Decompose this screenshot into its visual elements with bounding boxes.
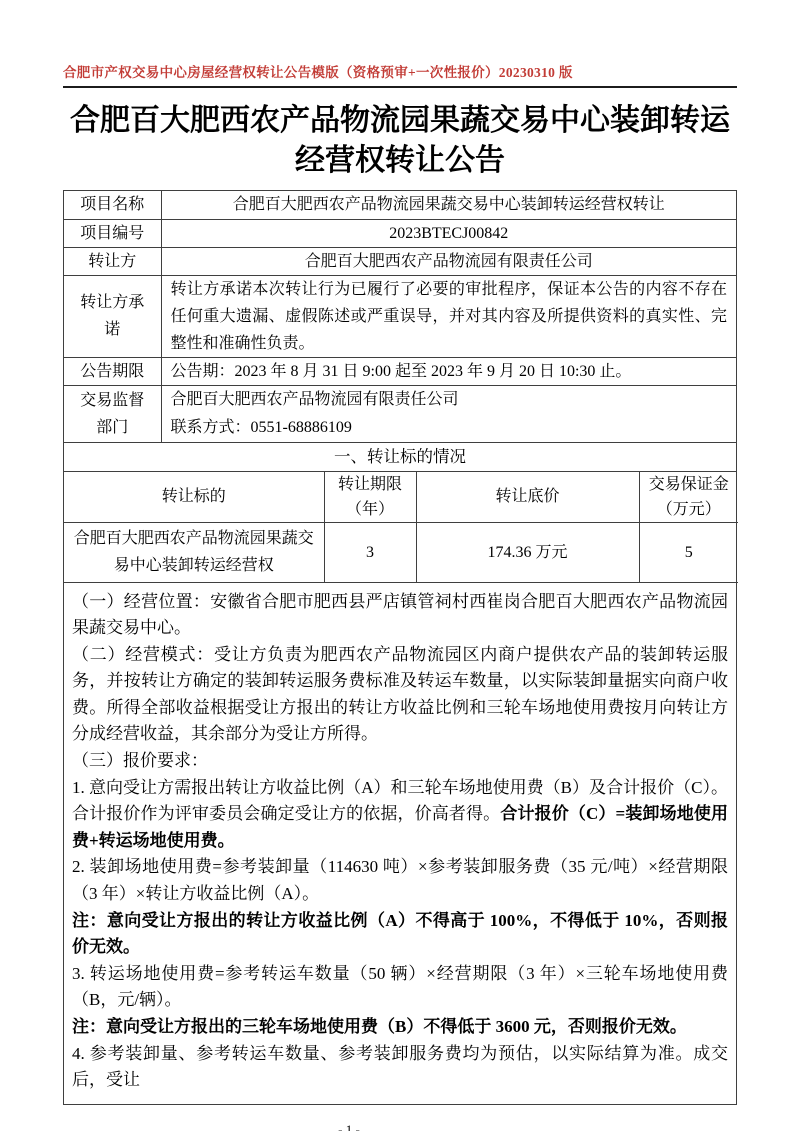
clause-loading-fee-formula: 2. 装卸场地使用费=参考装卸量（114630 吨）×参考装卸服务费（35 元/… <box>72 854 728 907</box>
note-tricycle-fee-limit: 注：意向受让方报出的三轮车场地使用费（B）不得低于 3600 元，否则报价无效。 <box>72 1014 728 1041</box>
row-label: 公告期限 <box>64 357 161 385</box>
base-price-cell: 174.36 万元 <box>416 522 639 582</box>
supervision-company: 合肥百大肥西农产品物流园有限责任公司 <box>171 386 728 414</box>
table-row-project-name: 项目名称 合肥百大肥西农产品物流园果蔬交易中心装卸转运经营权转让 <box>64 191 736 219</box>
table-row-project-number: 项目编号 2023BTECJ00842 <box>64 219 736 247</box>
clause-transfer-fee-formula: 3. 转运场地使用费=参考转运车数量（50 辆）×经营期限（3 年）×三轮车场地… <box>72 961 728 1014</box>
table-row-supervision-department: 交易监督部门 合肥百大肥西农产品物流园有限责任公司 联系方式：0551-6888… <box>64 385 736 442</box>
clause-estimate-disclaimer: 4. 参考装卸量、参考转运车数量、参考装卸服务费均为预估，以实际结算为准。成交后… <box>72 1041 728 1094</box>
table-row-transferor-promise: 转让方承诺 转让方承诺本次转让行为已履行了必要的审批程序，保证本公告的内容不存在… <box>64 275 736 357</box>
row-label: 交易监督部门 <box>64 385 161 442</box>
subject-table-header-row: 转让标的 转让期限（年） 转让底价 交易保证金（万元） <box>64 472 738 523</box>
column-header-base-price: 转让底价 <box>416 472 639 523</box>
subject-cell: 合肥百大肥西农产品物流园果蔬交易中心装卸转运经营权 <box>64 522 324 582</box>
document-page: 合肥市产权交易中心房屋经营权转让公告模版（资格预审+一次性报价）20230310… <box>0 0 800 1131</box>
page-title: 合肥百大肥西农产品物流园果蔬交易中心装卸转运经营权转让公告 <box>63 101 737 181</box>
column-header-subject: 转让标的 <box>64 472 324 523</box>
row-value: 合肥百大肥西农产品物流园果蔬交易中心装卸转运经营权转让 <box>161 191 736 219</box>
row-label: 项目名称 <box>64 191 161 219</box>
clause-quotation-item-1: 1. 意向受让方需报出转让方收益比例（A）和三轮车场地使用费（B）及合计报价（C… <box>72 775 728 855</box>
row-value: 合肥百大肥西农产品物流园有限责任公司 <box>161 247 736 275</box>
row-value: 转让方承诺本次转让行为已履行了必要的审批程序，保证本公告的内容不存在任何重大遗漏… <box>161 275 736 357</box>
column-header-deposit: 交易保证金（万元） <box>639 472 738 523</box>
term-cell: 3 <box>324 522 416 582</box>
row-value: 合肥百大肥西农产品物流园有限责任公司 联系方式：0551-68886109 <box>161 385 736 442</box>
announcement-body: 项目名称 合肥百大肥西农产品物流园果蔬交易中心装卸转运经营权转让 项目编号 20… <box>63 190 737 1105</box>
clause-quotation-requirements: （三）报价要求： <box>72 748 728 775</box>
table-row-announcement-period: 公告期限 公告期：2023 年 8 月 31 日 9:00 起至 2023 年 … <box>64 357 736 385</box>
page-number: - 1 - <box>12 1122 686 1131</box>
project-info-table: 项目名称 合肥百大肥西农产品物流园果蔬交易中心装卸转运经营权转让 项目编号 20… <box>64 191 736 443</box>
clause-operating-mode: （二）经营模式：受让方负责为肥西农产品物流园区内商户提供农产品的装卸转运服务，并… <box>72 642 728 748</box>
subject-table: 转让标的 转让期限（年） 转让底价 交易保证金（万元） 合肥百大肥西农产品物流园… <box>64 472 738 583</box>
clauses-text: （一）经营位置：安徽省合肥市肥西县严店镇管祠村西崔岗合肥百大肥西农产品物流园果蔬… <box>64 583 736 1104</box>
table-row-transferor: 转让方 合肥百大肥西农产品物流园有限责任公司 <box>64 247 736 275</box>
clause-operating-location: （一）经营位置：安徽省合肥市肥西县严店镇管祠村西崔岗合肥百大肥西农产品物流园果蔬… <box>72 589 728 642</box>
row-value: 公告期：2023 年 8 月 31 日 9:00 起至 2023 年 9 月 2… <box>161 357 736 385</box>
subject-table-data-row: 合肥百大肥西农产品物流园果蔬交易中心装卸转运经营权 3 174.36 万元 5 <box>64 522 738 582</box>
supervision-contact: 联系方式：0551-68886109 <box>171 414 728 442</box>
deposit-cell: 5 <box>639 522 738 582</box>
template-version-note: 合肥市产权交易中心房屋经营权转让公告模版（资格预审+一次性报价）20230310… <box>63 64 737 88</box>
column-header-term: 转让期限（年） <box>324 472 416 523</box>
section-heading-subject-info: 一、转让标的情况 <box>64 443 736 472</box>
row-label: 转让方 <box>64 247 161 275</box>
note-income-ratio-limit: 注：意向受让方报出的转让方收益比例（A）不得高于 100%，不得低于 10%，否… <box>72 908 728 961</box>
row-value: 2023BTECJ00842 <box>161 219 736 247</box>
row-label: 转让方承诺 <box>64 275 161 357</box>
row-label: 项目编号 <box>64 219 161 247</box>
